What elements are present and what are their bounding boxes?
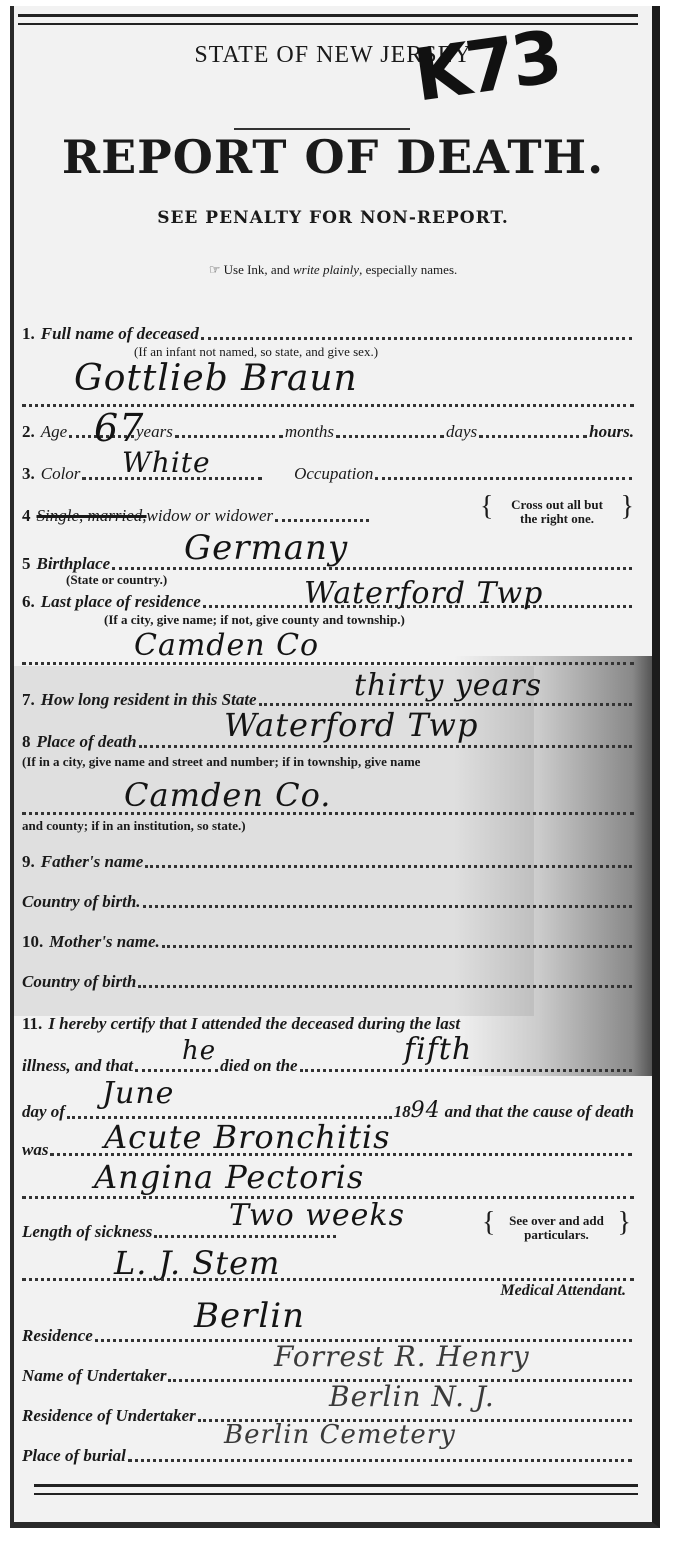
penalty-notice: SEE PENALTY FOR NON-REPORT. xyxy=(14,208,652,228)
dotted-line xyxy=(375,477,632,480)
place-of-death-value-line1[interactable]: Waterford Twp xyxy=(224,706,478,744)
dotted-line xyxy=(138,985,632,988)
dotted-line xyxy=(201,337,632,340)
dotted-line xyxy=(128,1459,632,1462)
marital-struck-options: Single, married, xyxy=(37,506,147,526)
field-number: 5 xyxy=(22,554,31,574)
resident-length-value[interactable]: thirty years xyxy=(354,668,542,703)
field-number: 1. xyxy=(22,324,35,344)
death-month-value[interactable]: June xyxy=(102,1076,174,1111)
certification-text: illness, and that xyxy=(22,1056,133,1076)
field-father-birth-country: Country of birth. xyxy=(22,892,634,912)
instruction-prefix: ☞ Use Ink, and xyxy=(209,262,293,277)
field-number: 9. xyxy=(22,852,35,872)
medical-attendant-signature[interactable]: L. J. Stem xyxy=(114,1244,280,1282)
field-label: Place of death xyxy=(37,732,137,752)
months-label: months xyxy=(285,422,334,442)
dotted-line xyxy=(275,519,368,522)
field-label: Father's name xyxy=(41,852,144,872)
field-number: 4 xyxy=(22,506,31,526)
dotted-line xyxy=(143,905,632,908)
form-title: REPORT OF DEATH. xyxy=(14,130,652,184)
field-label: Name of Undertaker xyxy=(22,1366,166,1386)
certification-line1: 11. I hereby certify that I attended the… xyxy=(22,1014,634,1034)
dotted-line xyxy=(175,435,283,438)
field-mother-name: 10. Mother's name. xyxy=(22,932,634,952)
dotted-line xyxy=(479,435,587,438)
instruction-emphasis: write plainly xyxy=(293,262,359,277)
medical-attendant-label: Medical Attendant. xyxy=(500,1282,626,1300)
certification-text: I hereby certify that I attended the dec… xyxy=(48,1014,460,1034)
field-mother-birth-country: Country of birth xyxy=(22,972,634,992)
bottom-double-rule xyxy=(34,1484,638,1495)
death-year-value[interactable]: 94 xyxy=(411,1098,441,1123)
hours-label: hours. xyxy=(589,422,634,442)
field-label: Full name of deceased xyxy=(41,324,199,344)
residence-value-line2[interactable]: Camden Co xyxy=(134,628,319,663)
full-name-value[interactable]: Gottlieb Braun xyxy=(74,358,358,399)
dotted-line xyxy=(22,1278,634,1281)
dotted-line xyxy=(135,1069,218,1072)
field-number: 6. xyxy=(22,592,35,612)
certification-text: and that the cause of death xyxy=(445,1102,634,1122)
attendant-residence-value[interactable]: Berlin xyxy=(194,1296,305,1336)
field-label: Length of sickness xyxy=(22,1222,152,1242)
field-number: 2. xyxy=(22,422,35,442)
note-line: See over and add xyxy=(494,1214,619,1228)
dotted-line xyxy=(22,662,634,665)
field-number: 8 xyxy=(22,732,31,752)
year-prefix: 18 xyxy=(394,1102,411,1122)
sickness-length-value[interactable]: Two weeks xyxy=(229,1198,405,1233)
dotted-line xyxy=(154,1235,336,1238)
undertaker-residence-value[interactable]: Berlin N. J. xyxy=(329,1380,495,1413)
cause-of-death-line2[interactable]: Angina Pectoris xyxy=(94,1158,364,1196)
death-day-value[interactable]: fifth xyxy=(404,1032,472,1067)
field-label: Color xyxy=(41,464,81,484)
dotted-line xyxy=(139,745,632,748)
field-label: Birthplace xyxy=(37,554,111,574)
marital-note: Cross out all but the right one. xyxy=(492,498,622,526)
field-number: 10. xyxy=(22,932,43,952)
field-number: 11. xyxy=(22,1014,42,1034)
note-line: particulars. xyxy=(494,1228,619,1242)
note-line: the right one. xyxy=(492,512,622,526)
field-label: Residence of Undertaker xyxy=(22,1406,196,1426)
field-full-name: 1. Full name of deceased xyxy=(22,324,634,344)
place-of-death-note-line2: and county; if in an institution, so sta… xyxy=(22,818,246,834)
certification-text: died on the xyxy=(220,1056,297,1076)
age-years-value[interactable]: 67 xyxy=(94,406,144,450)
sickness-note: See over and add particulars. xyxy=(494,1214,619,1242)
certification-text: day of xyxy=(22,1102,65,1122)
certification-text: was xyxy=(22,1140,48,1160)
color-value[interactable]: White xyxy=(122,446,211,479)
place-of-death-value-line2[interactable]: Camden Co. xyxy=(124,776,331,814)
marital-remaining-option: widow or widower xyxy=(147,506,274,526)
field-label: Place of burial xyxy=(22,1446,126,1466)
instruction-suffix: , especially names. xyxy=(359,262,457,277)
note-line: Cross out all but xyxy=(492,498,622,512)
dotted-line xyxy=(336,435,444,438)
field-label: Country of birth. xyxy=(22,892,141,912)
field-label: Mother's name. xyxy=(49,932,160,952)
field-label: Country of birth xyxy=(22,972,136,992)
undertaker-name-value[interactable]: Forrest R. Henry xyxy=(274,1340,530,1373)
dotted-line xyxy=(145,865,632,868)
dotted-line xyxy=(22,812,634,815)
file-mark: K73 xyxy=(409,14,563,117)
residence-note: (If a city, give name; if not, give coun… xyxy=(104,612,405,628)
cause-of-death-line1[interactable]: Acute Bronchitis xyxy=(104,1118,391,1156)
field-label: Last place of residence xyxy=(41,592,201,612)
days-label: days xyxy=(446,422,477,442)
field-number: 7. xyxy=(22,690,35,710)
place-of-death-note-line1: (If in a city, give name and street and … xyxy=(22,754,420,770)
birthplace-note: (State or country.) xyxy=(66,572,167,588)
field-number: 3. xyxy=(22,464,35,484)
pronoun-value[interactable]: he xyxy=(182,1036,216,1066)
dotted-line xyxy=(300,1069,632,1072)
dotted-line xyxy=(162,945,632,948)
field-color: 3. Color Occupation xyxy=(22,464,634,484)
field-father-name: 9. Father's name xyxy=(22,852,634,872)
field-label: Residence xyxy=(22,1326,93,1346)
field-label: Age xyxy=(41,422,67,442)
certification-line2: illness, and that died on the xyxy=(22,1056,634,1076)
death-report-form: STATE OF NEW JERSEY K73 REPORT OF DEATH.… xyxy=(10,6,660,1528)
burial-place-value[interactable]: Berlin Cemetery xyxy=(224,1420,456,1450)
occupation-label: Occupation xyxy=(294,464,373,484)
residence-value-line1[interactable]: Waterford Twp xyxy=(304,576,543,611)
ink-instruction: ☞ Use Ink, and write plainly, especially… xyxy=(14,262,652,278)
birthplace-value[interactable]: Germany xyxy=(184,528,348,568)
